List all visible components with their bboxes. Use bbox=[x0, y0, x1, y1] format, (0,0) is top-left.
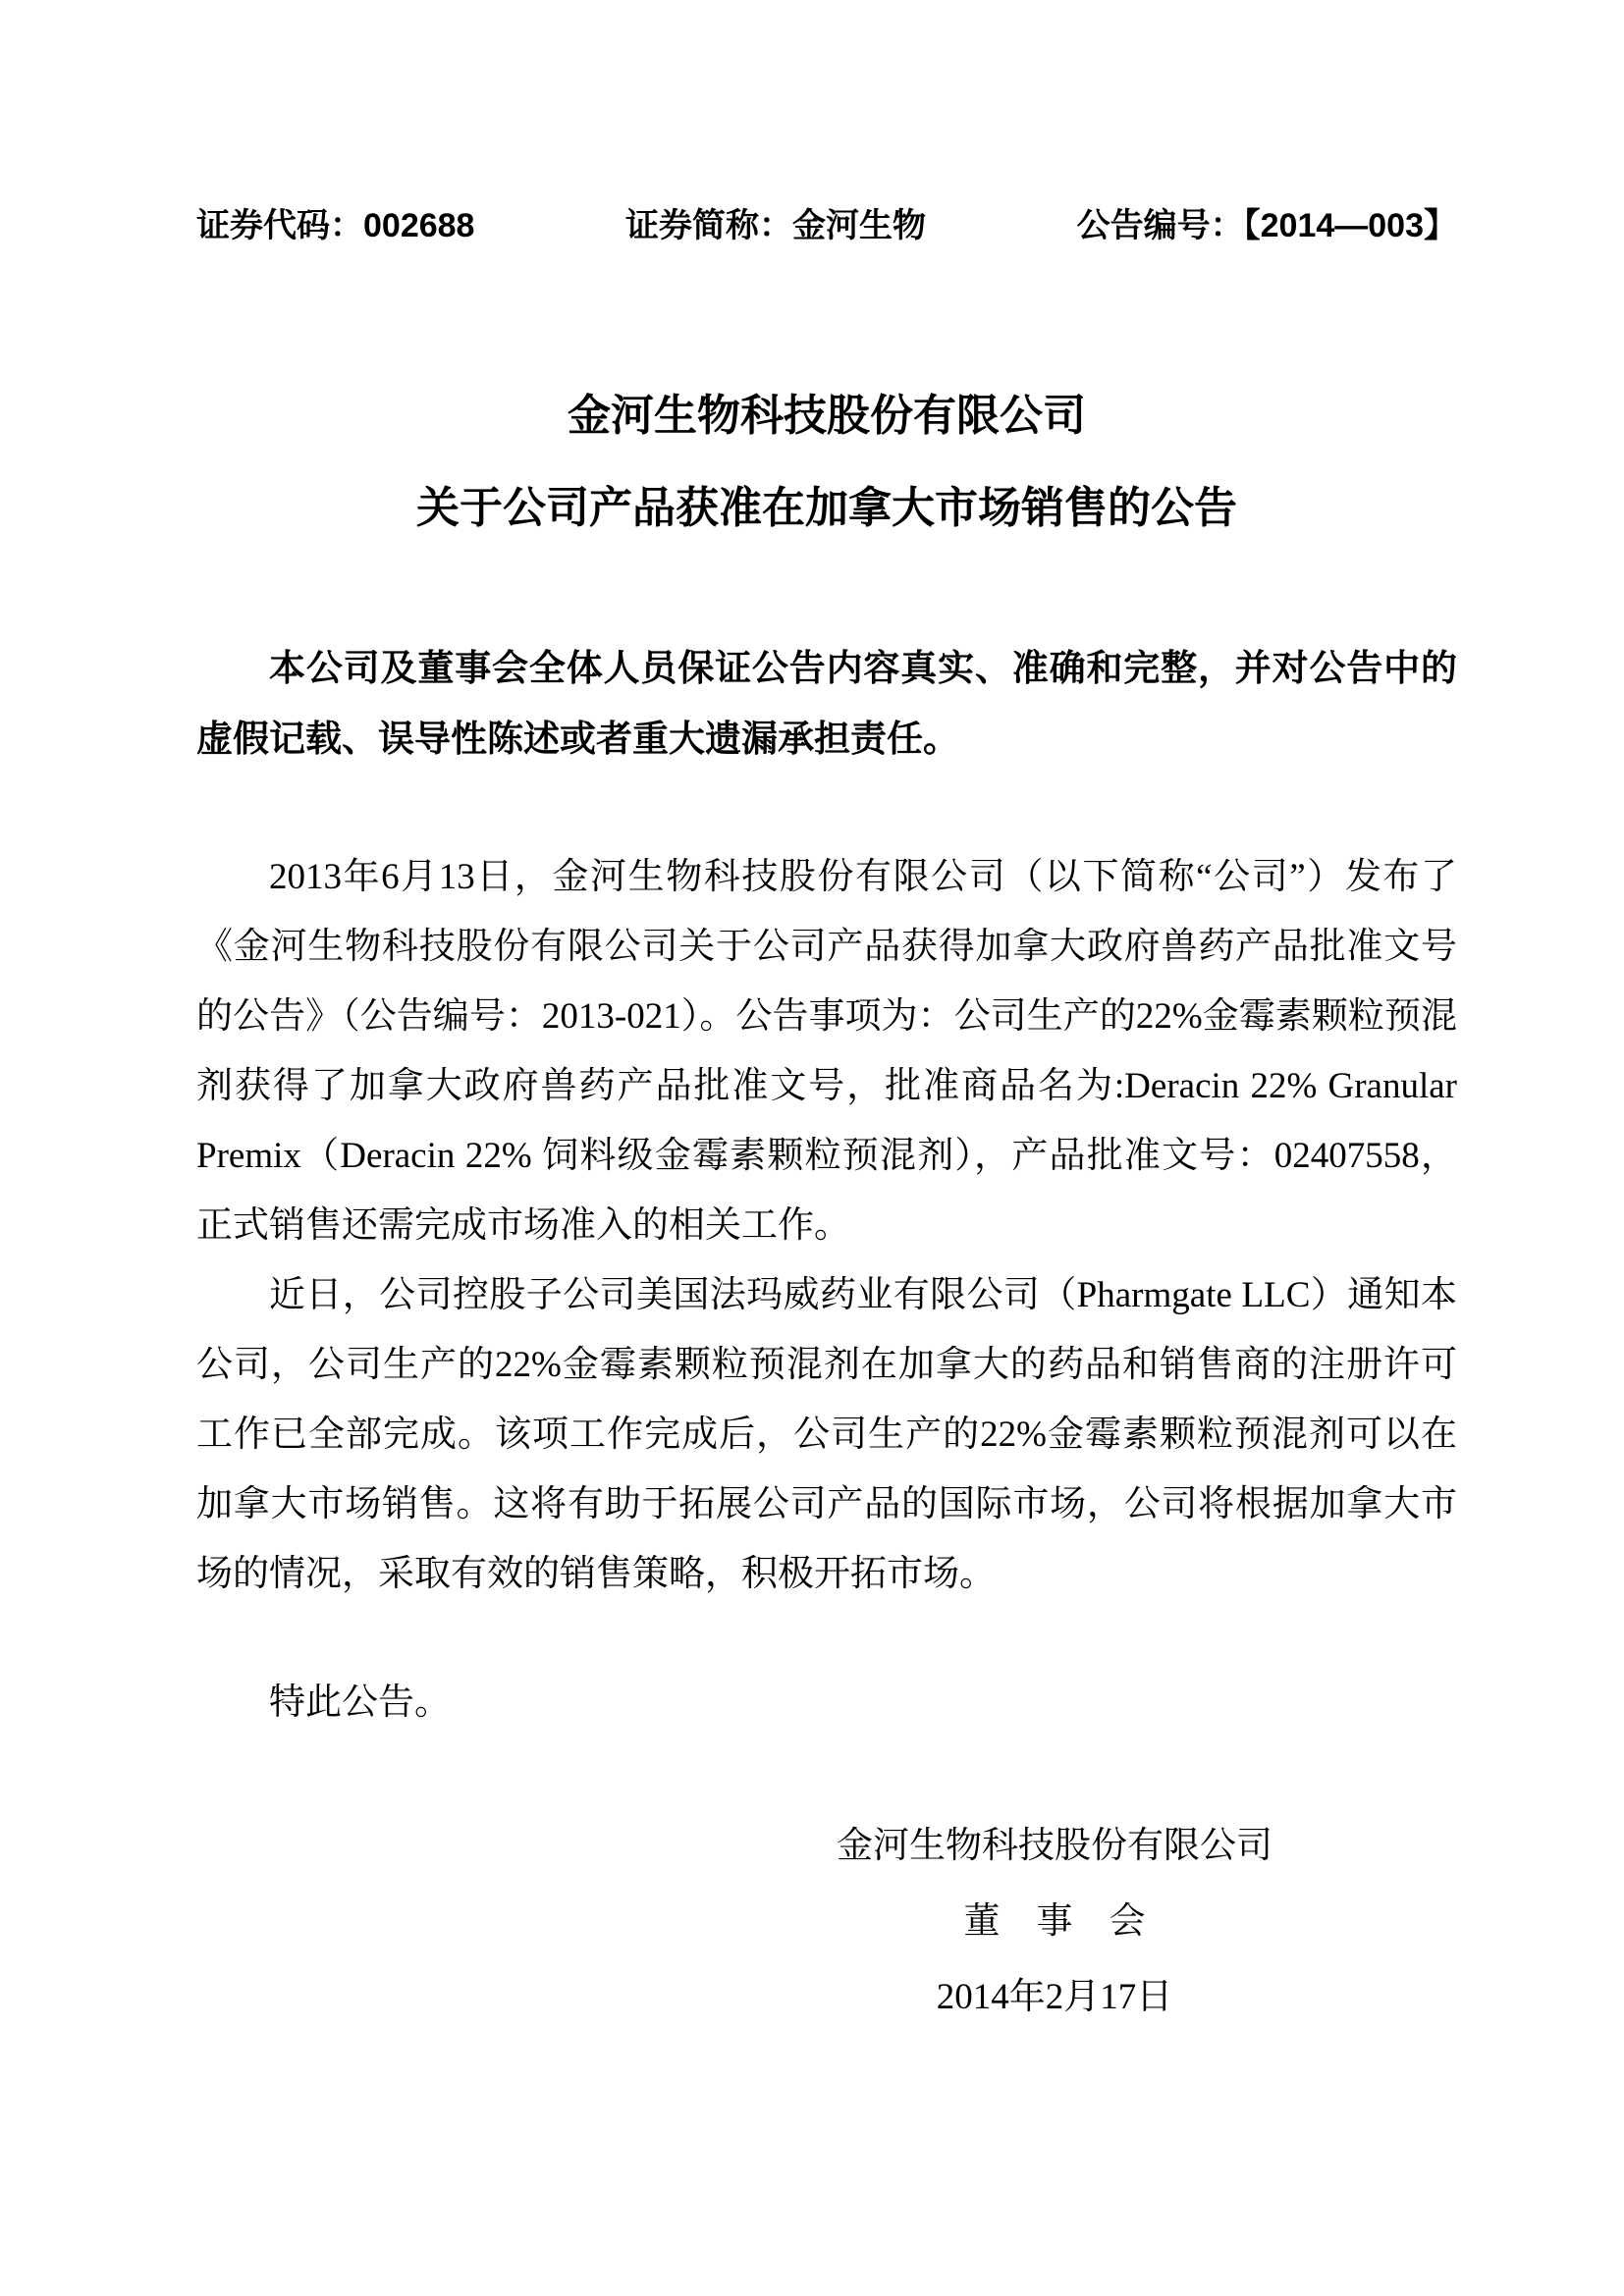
signature-company: 金河生物科技股份有限公司 bbox=[740, 1808, 1369, 1884]
announcement-title: 关于公司产品获准在加拿大市场销售的公告 bbox=[196, 481, 1457, 536]
stock-code-label: 证券代码：002688 bbox=[196, 206, 474, 245]
closing-statement: 特此公告。 bbox=[196, 1668, 1457, 1737]
document-page: 证券代码：002688 证券简称：金河生物 公告编号：【2014—003】 金河… bbox=[0, 0, 1624, 2296]
body-paragraph-1: 2013年6月13日，金河生物科技股份有限公司（以下简称“公司”）发布了《金河生… bbox=[196, 842, 1457, 1260]
signature-block: 金河生物科技股份有限公司 董 事 会 2014年2月17日 bbox=[740, 1808, 1369, 2035]
company-title: 金河生物科技股份有限公司 bbox=[196, 389, 1457, 444]
signature-date: 2014年2月17日 bbox=[740, 1959, 1369, 2035]
stock-abbr-label: 证券简称：金河生物 bbox=[625, 206, 926, 245]
body-paragraph-2: 近日，公司控股子公司美国法玛威药业有限公司（Pharmgate LLC）通知本公… bbox=[196, 1260, 1457, 1609]
announcement-number-label: 公告编号：【2014—003】 bbox=[1077, 206, 1457, 245]
board-disclaimer-text: 本公司及董事会全体人员保证公告内容真实、准确和完整，并对公告中的虚假记载、误导性… bbox=[196, 634, 1457, 775]
signature-board: 董 事 会 bbox=[740, 1884, 1369, 1959]
document-header: 证券代码：002688 证券简称：金河生物 公告编号：【2014—003】 bbox=[196, 206, 1457, 245]
